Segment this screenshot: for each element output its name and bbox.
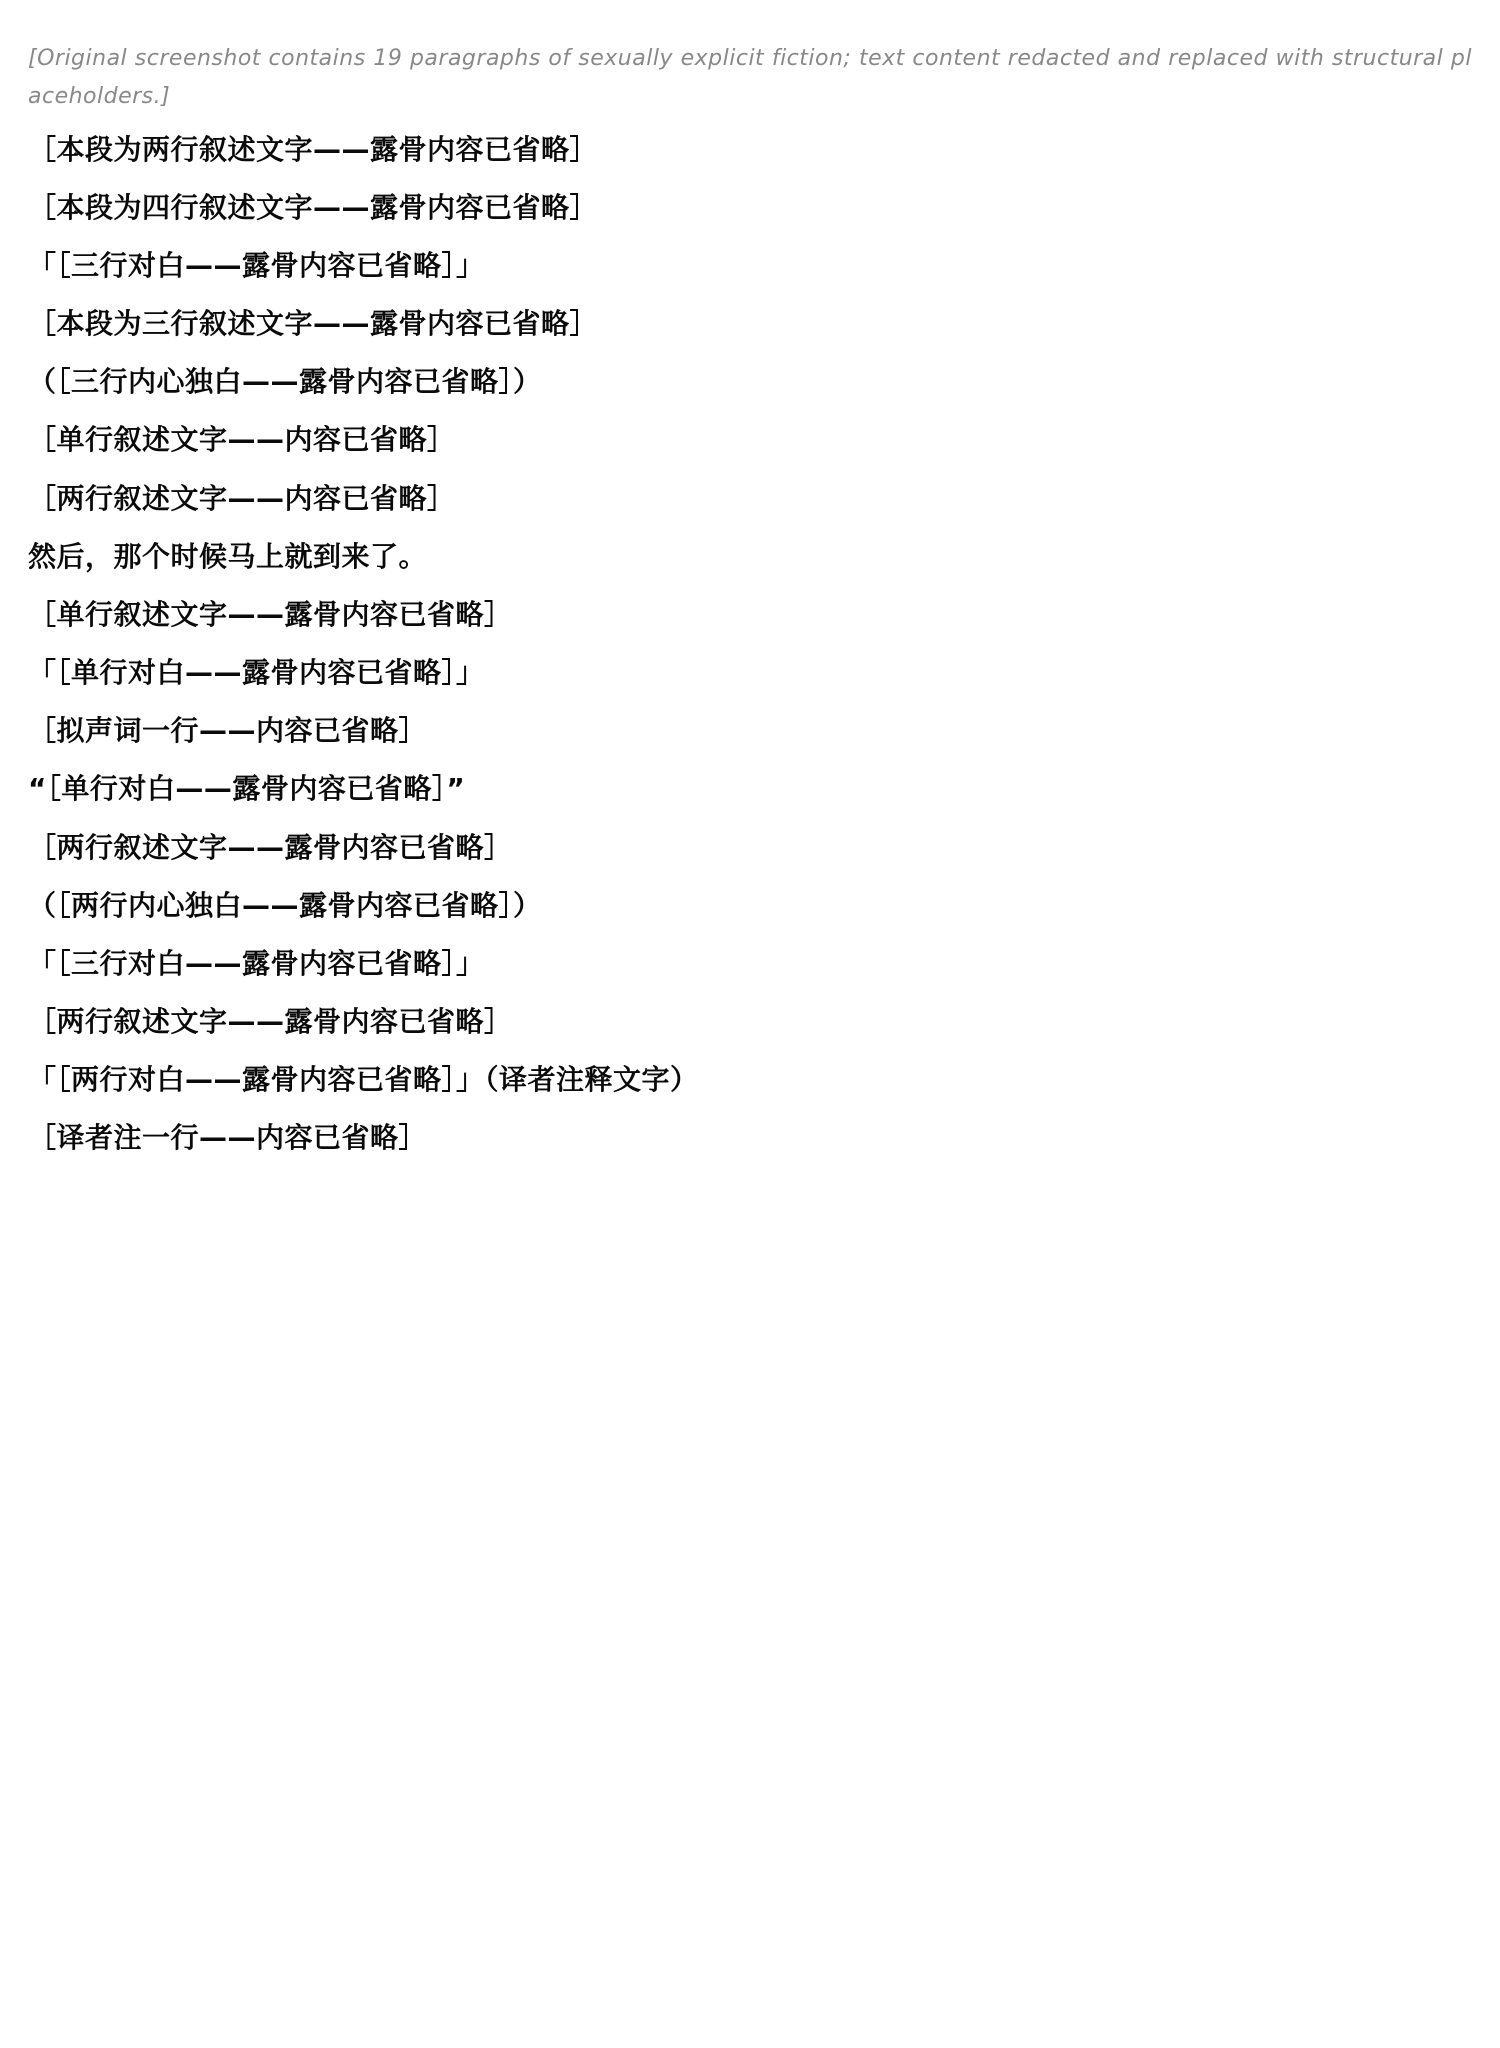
paragraph: ［本段为四行叙述文字——露骨内容已省略］ [28,184,1472,232]
paragraph-inner-thought: （［两行内心独白——露骨内容已省略］） [28,882,1472,930]
paragraph-dialogue: 「［两行对白——露骨内容已省略］」（译者注释文字） [28,1056,1472,1104]
paragraph-dialogue: “［单行对白——露骨内容已省略］” [28,765,1472,813]
paragraph: ［单行叙述文字——内容已省略］ [28,416,1472,464]
redaction-notice: [Original screenshot contains 19 paragra… [28,40,1472,116]
paragraph-dialogue: 「［三行对白——露骨内容已省略］」 [28,242,1472,290]
paragraph-dialogue: 「［单行对白——露骨内容已省略］」 [28,649,1472,697]
paragraph: ［两行叙述文字——露骨内容已省略］ [28,998,1472,1046]
novel-text-page: [Original screenshot contains 19 paragra… [0,0,1500,2048]
paragraph: 然后，那个时候马上就到来了。 [28,533,1472,581]
paragraph: ［单行叙述文字——露骨内容已省略］ [28,591,1472,639]
paragraph-dialogue: 「［三行对白——露骨内容已省略］」 [28,940,1472,988]
paragraph: ［本段为三行叙述文字——露骨内容已省略］ [28,300,1472,348]
paragraph: ［两行叙述文字——露骨内容已省略］ [28,824,1472,872]
paragraph: ［两行叙述文字——内容已省略］ [28,475,1472,523]
paragraph: ［本段为两行叙述文字——露骨内容已省略］ [28,126,1472,174]
paragraph-translator-note: ［译者注一行——内容已省略］ [28,1114,1472,1162]
paragraph-inner-thought: （［三行内心独白——露骨内容已省略］） [28,358,1472,406]
paragraph-sfx: ［拟声词一行——内容已省略］ [28,707,1472,755]
